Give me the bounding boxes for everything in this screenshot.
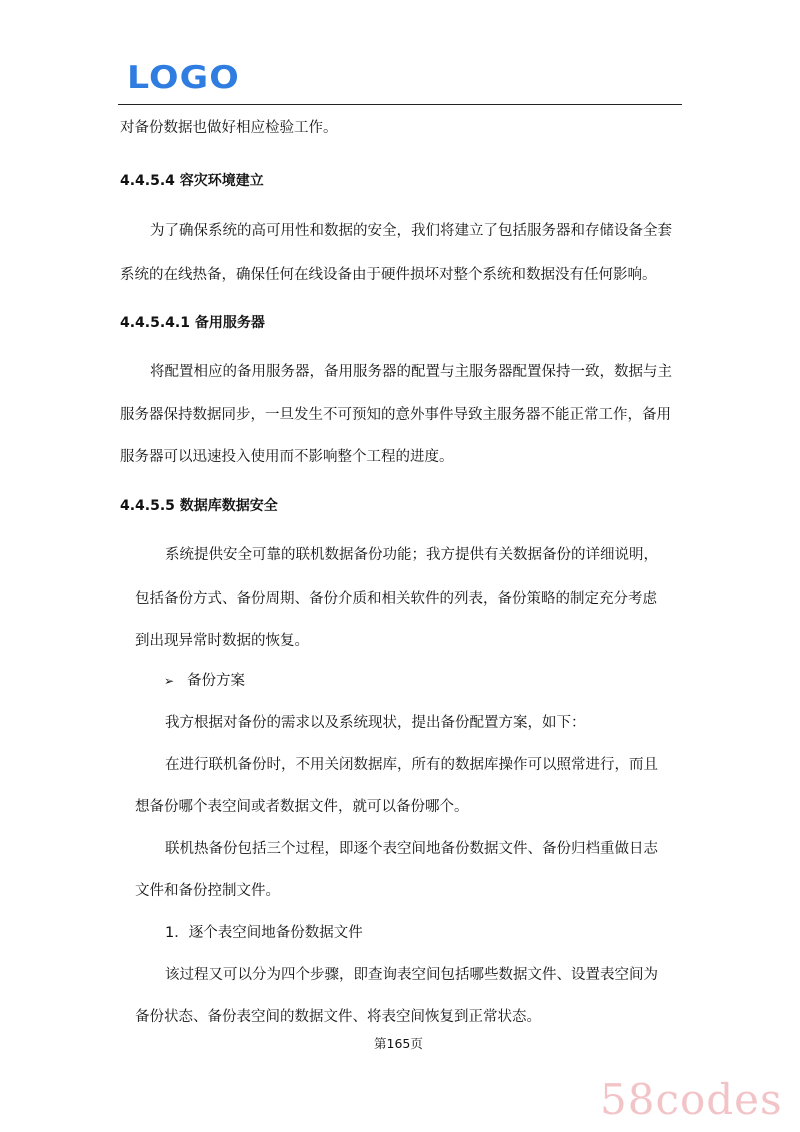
paragraph-line: 到出现异常时数据的恢复。 bbox=[135, 632, 309, 650]
section-heading-4-4-5-4: 4.4.5.4 容灾环境建立 bbox=[120, 172, 264, 190]
bullet-item: 备份方案 bbox=[187, 672, 245, 690]
paragraph-line: 联机热备份包括三个过程，即逐个表空间地备份数据文件、备份归档重做日志 bbox=[165, 840, 658, 858]
paragraph-line: 为了确保系统的高可用性和数据的安全，我们将建立了包括服务器和存储设备全套 bbox=[150, 222, 672, 240]
paragraph-line: 系统提供安全可靠的联机数据备份功能；我方提供有关数据备份的详细说明， bbox=[165, 546, 658, 564]
paragraph-line: 包括备份方式、备份周期、备份介质和相关软件的列表，备份策略的制定充分考虑 bbox=[135, 590, 657, 608]
paragraph-line: 我方根据对备份的需求以及系统现状，提出备份配置方案，如下： bbox=[165, 714, 586, 732]
logo: LOGO bbox=[127, 62, 240, 94]
numbered-item: 1．逐个表空间地备份数据文件 bbox=[165, 924, 363, 942]
paragraph-line: 服务器保持数据同步，一旦发生不可预知的意外事件导致主服务器不能正常工作，备用 bbox=[120, 406, 671, 424]
continued-paragraph: 对备份数据也做好相应检验工作。 bbox=[120, 119, 338, 137]
paragraph-line: 将配置相应的备用服务器，备用服务器的配置与主服务器配置保持一致，数据与主 bbox=[150, 363, 672, 381]
paragraph-line: 在进行联机备份时，不用关闭数据库，所有的数据库操作可以照常进行，而且 bbox=[165, 756, 658, 774]
arrow-bullet-icon: ➢ bbox=[164, 672, 174, 690]
watermark: 58codes bbox=[600, 1078, 783, 1122]
section-heading-4-4-5-5: 4.4.5.5 数据库数据安全 bbox=[120, 497, 278, 515]
paragraph-line: 文件和备份控制文件。 bbox=[135, 882, 280, 900]
paragraph-line: 备份状态、备份表空间的数据文件、将表空间恢复到正常状态。 bbox=[135, 1008, 541, 1026]
page-number: 第165页 bbox=[374, 1036, 423, 1052]
paragraph-line: 该过程又可以分为四个步骤，即查询表空间包括哪些数据文件、设置表空间为 bbox=[165, 966, 658, 984]
paragraph-line: 想备份哪个表空间或者数据文件，就可以备份哪个。 bbox=[135, 798, 469, 816]
header-divider bbox=[118, 104, 682, 105]
paragraph-line: 服务器可以迅速投入使用而不影响整个工程的进度。 bbox=[120, 448, 454, 466]
section-heading-4-4-5-4-1: 4.4.5.4.1 备用服务器 bbox=[120, 314, 265, 332]
paragraph-line: 系统的在线热备，确保任何在线设备由于硬件损坏对整个系统和数据没有任何影响。 bbox=[120, 266, 657, 284]
